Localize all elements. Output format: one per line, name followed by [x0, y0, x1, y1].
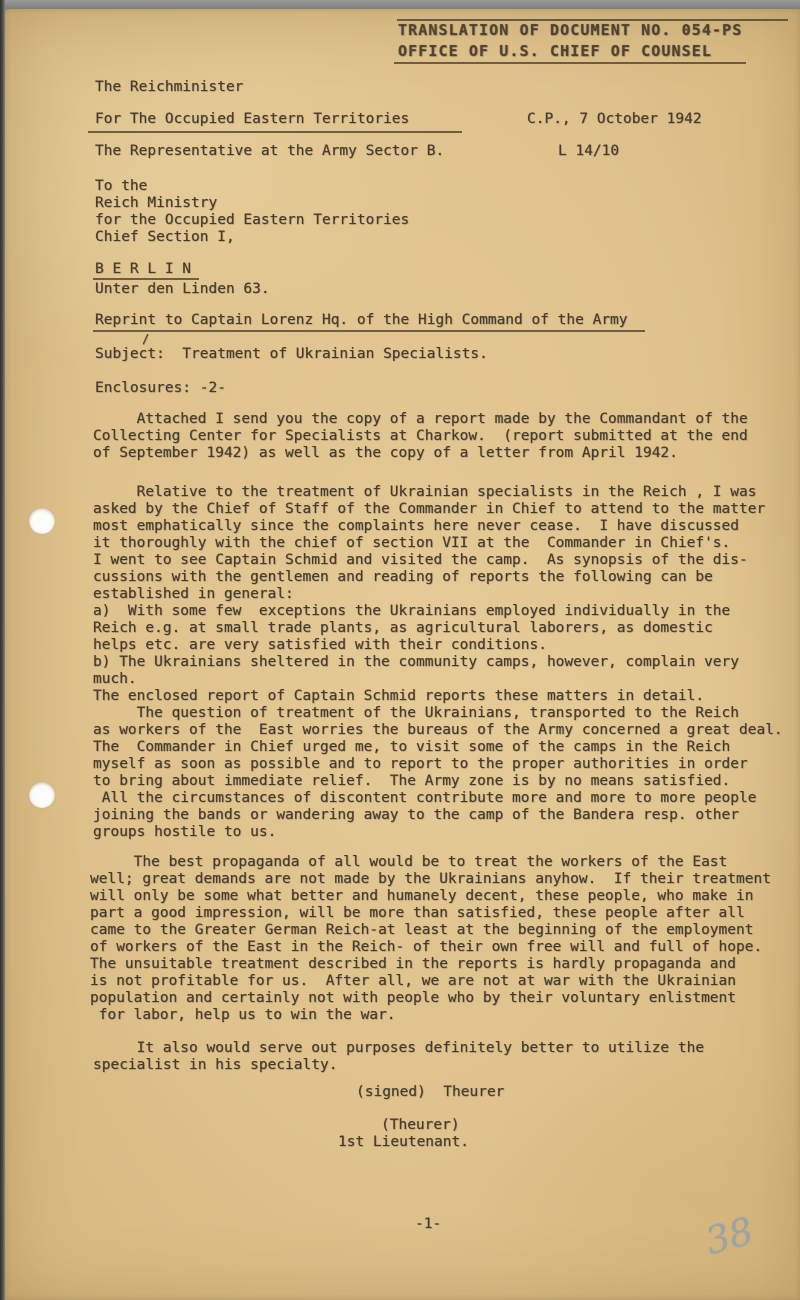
- sender-underline: [88, 131, 462, 133]
- scanner-edge-top: [0, 0, 800, 9]
- reference-number: L 14/10: [558, 143, 619, 160]
- document-date: C.P., 7 October 1942: [527, 111, 702, 128]
- recipient-street: Unter den Linden 63.: [95, 281, 270, 298]
- enclosures-line: Enclosures: -2-: [95, 380, 226, 397]
- stamp-underline: [394, 62, 746, 64]
- signature-title: 1st Lieutenant.: [338, 1134, 469, 1151]
- signature-signed-line: (signed) Theurer: [356, 1084, 504, 1101]
- body-paragraph-2: Relative to the treatment of Ukrainian s…: [93, 484, 783, 841]
- sender-department: For The Occupied Eastern Territories: [95, 111, 409, 128]
- recipient-city: B E R L I N: [95, 261, 191, 278]
- body-paragraph-1: Attached I send you the copy of a report…: [93, 411, 748, 462]
- signature-name: (Theurer): [381, 1117, 460, 1134]
- subject-line: Subject: Treatment of Ukrainian Speciali…: [95, 346, 488, 363]
- translation-stamp-line1: TRANSLATION OF DOCUMENT NO. 054-PS: [398, 22, 742, 39]
- hole-punch-bottom: [29, 782, 55, 808]
- hole-punch-top: [29, 508, 55, 534]
- translation-stamp-line2: OFFICE OF U.S. CHIEF OF COUNSEL: [398, 43, 712, 60]
- reprint-note: Reprint to Captain Lorenz Hq. of the Hig…: [95, 312, 628, 329]
- page-number: -1-: [415, 1216, 441, 1233]
- city-underline: [93, 278, 199, 280]
- body-paragraph-4: It also would serve out purposes definit…: [93, 1040, 704, 1074]
- recipient-address: To the Reich Ministry for the Occupied E…: [95, 178, 409, 246]
- reprint-underline: [93, 330, 645, 332]
- scanned-document-page: TRANSLATION OF DOCUMENT NO. 054-PS OFFIC…: [0, 0, 800, 1300]
- body-paragraph-3: The best propaganda of all would be to t…: [90, 854, 771, 1024]
- sender-representative: The Representative at the Army Sector B.: [95, 143, 444, 160]
- sender-title: The Reichminister: [95, 79, 243, 96]
